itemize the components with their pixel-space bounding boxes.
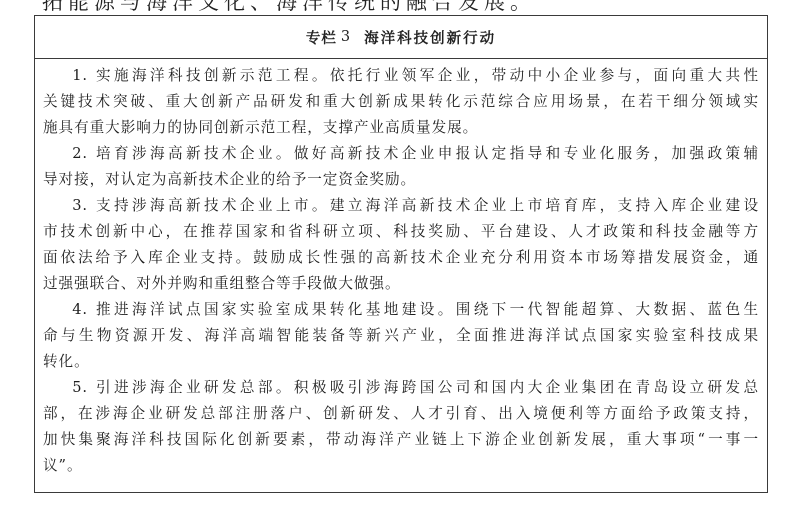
text-line: 施具有重大影响力的协同创新示范工程，支撑产业高质量发展。 [43,115,759,141]
box-body: 1. 实施海洋科技创新示范工程。依托行业领军企业，带动中小企业参与，面向重大共性… [35,59,767,479]
list-item-2: 2. 培育涉海高新技术企业。做好高新技术企业申报认定指导和专业化服务，加强政策辅… [43,141,759,193]
list-item-3: 3. 支持涉海高新技术企业上市。建立海洋高新技术企业上市培育库，支持入库企业建设… [43,193,759,297]
box-header: 专栏 3 海洋科技创新行动 [35,16,767,59]
text-line: 部，在涉海企业研发总部注册落户、创新研发、人才引育、出入境便利等方面给予政策支持… [43,401,759,427]
list-item-1: 1. 实施海洋科技创新示范工程。依托行业领军企业，带动中小企业参与，面向重大共性… [43,63,759,141]
text-line: 4. 推进海洋试点国家实验室成果转化基地建设。围绕下一代智能超算、大数据、蓝色生 [43,297,759,323]
text-line: 命与生物资源开发、海洋高端智能装备等新兴产业，全面推进海洋试点国家实验室科技成果 [43,323,759,349]
text-line: 关键技术突破、重大创新产品研发和重大创新成果转化示范综合应用场景，在若干细分领域… [43,89,759,115]
text-line: 议”。 [43,453,759,479]
text-line: 1. 实施海洋科技创新示范工程。依托行业领军企业，带动中小企业参与，面向重大共性 [43,63,759,89]
text-line: 转化。 [43,349,759,375]
text-line: 市技术创新中心，在推荐国家和省科研立项、科技奖励、平台建设、人才政策和科技金融等… [43,219,759,245]
text-line: 面依法给予入库企业支持。鼓励成长性强的高新技术企业充分利用资本市场筹措发展资金，… [43,245,759,271]
text-line: 加快集聚海洋科技国际化创新要素，带动海洋产业链上下游企业创新发展，重大事项“一事… [43,427,759,453]
text-line: 过强强联合、对外并购和重组整合等手段做大做强。 [43,271,759,297]
box-number: 3 [341,29,350,45]
text-line: 5. 引进涉海企业研发总部。积极吸引涉海跨国公司和国内大企业集团在青岛设立研发总 [43,375,759,401]
box-label: 专栏 [306,27,337,48]
list-item-4: 4. 推进海洋试点国家实验室成果转化基地建设。围绕下一代智能超算、大数据、蓝色生… [43,297,759,375]
text-line: 3. 支持涉海高新技术企业上市。建立海洋高新技术企业上市培育库，支持入库企业建设 [43,193,759,219]
sidebar-box-column-3: 专栏 3 海洋科技创新行动 1. 实施海洋科技创新示范工程。依托行业领军企业，带… [34,15,768,493]
list-item-5: 5. 引进涉海企业研发总部。积极吸引涉海跨国公司和国内大企业集团在青岛设立研发总… [43,375,759,479]
text-line: 导对接，对认定为高新技术企业的给予一定资金奖励。 [43,167,759,193]
text-line: 2. 培育涉海高新技术企业。做好高新技术企业申报认定指导和专业化服务，加强政策辅 [43,141,759,167]
previous-paragraph-fragment: 拓能源与海洋文化、海洋传统的融合发展。 [42,0,536,16]
box-title: 海洋科技创新行动 [364,27,496,48]
